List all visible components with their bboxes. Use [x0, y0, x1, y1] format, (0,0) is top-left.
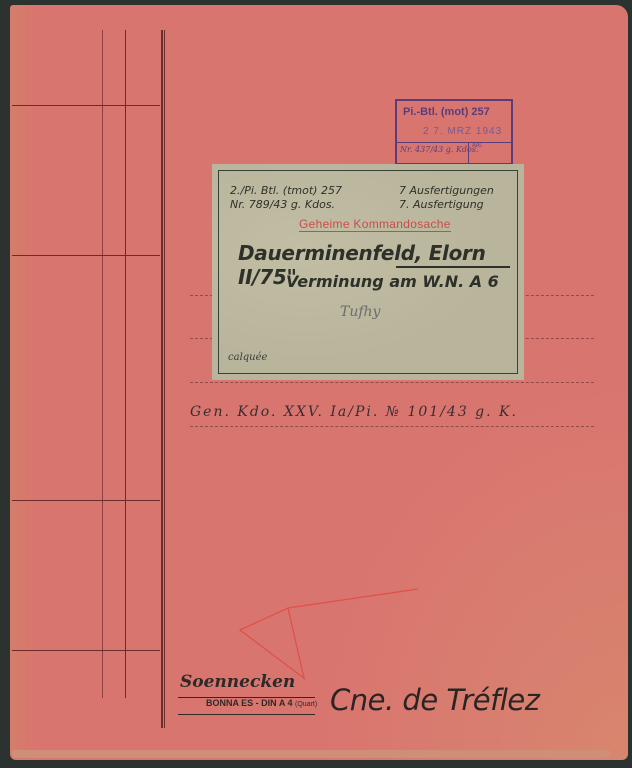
manufacturer-brand: Soennecken [180, 672, 295, 692]
red-pencil-mark-icon [0, 0, 632, 768]
place-name: Cne. de Tréflez [330, 683, 539, 717]
manufacturer-model: BONNA ES - DIN A 4 (Quart) [206, 698, 317, 708]
imprint-line [178, 714, 315, 715]
